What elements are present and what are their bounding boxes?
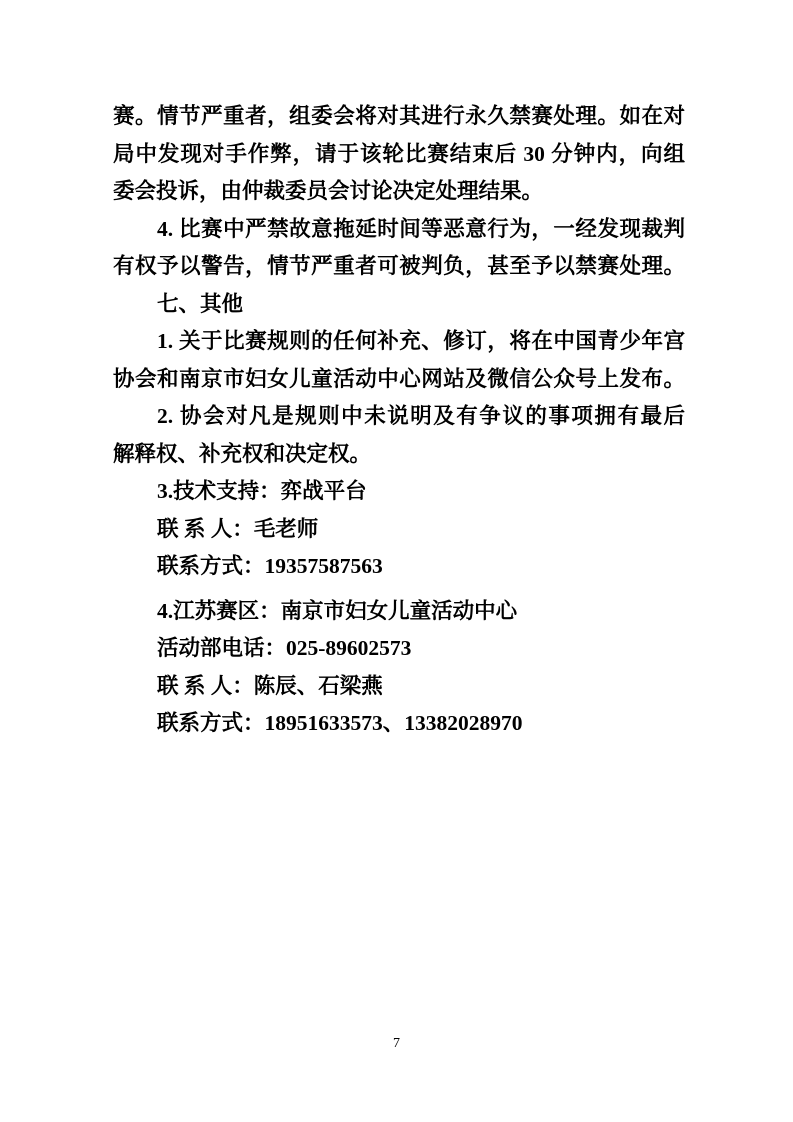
text-line: 3.技术支持：弈战平台 xyxy=(113,473,685,511)
section-heading: 七、其他 xyxy=(113,286,685,324)
text-line: 1. 关于比赛规则的任何补充、修订，将在中国青少年宫 xyxy=(113,323,685,361)
text-line: 解释权、补充权和决定权。 xyxy=(113,436,685,474)
text-line: 4. 比赛中严禁故意拖延时间等恶意行为，一经发现裁判 xyxy=(113,211,685,249)
text-line: 有权予以警告，情节严重者可被判负，甚至予以禁赛处理。 xyxy=(113,248,685,286)
text-line: 联系方式：19357587563 xyxy=(113,548,685,586)
document-content: 赛。情节严重者，组委会将对其进行永久禁赛处理。如在对局中发现对手作弊，请于该轮比… xyxy=(113,98,685,743)
text-line: 活动部电话：025-89602573 xyxy=(113,630,685,668)
document-page: 赛。情节严重者，组委会将对其进行永久禁赛处理。如在对局中发现对手作弊，请于该轮比… xyxy=(0,0,793,1122)
page-footer: 7 xyxy=(0,1034,793,1052)
page-number: 7 xyxy=(393,1036,400,1051)
text-line: 委会投诉，由仲裁委员会讨论决定处理结果。 xyxy=(113,173,685,211)
text-line: 联系方式：18951633573、13382028970 xyxy=(113,705,685,743)
text-line: 联 系 人：陈辰、石梁燕 xyxy=(113,668,685,706)
text-line: 协会和南京市妇女儿童活动中心网站及微信公众号上发布。 xyxy=(113,361,685,399)
text-line: 局中发现对手作弊，请于该轮比赛结束后 30 分钟内，向组 xyxy=(113,136,685,174)
text-line: 联 系 人：毛老师 xyxy=(113,511,685,549)
text-line: 赛。情节严重者，组委会将对其进行永久禁赛处理。如在对 xyxy=(113,98,685,136)
text-line: 4.江苏赛区：南京市妇女儿童活动中心 xyxy=(113,593,685,631)
text-line: 2. 协会对凡是规则中未说明及有争议的事项拥有最后 xyxy=(113,398,685,436)
